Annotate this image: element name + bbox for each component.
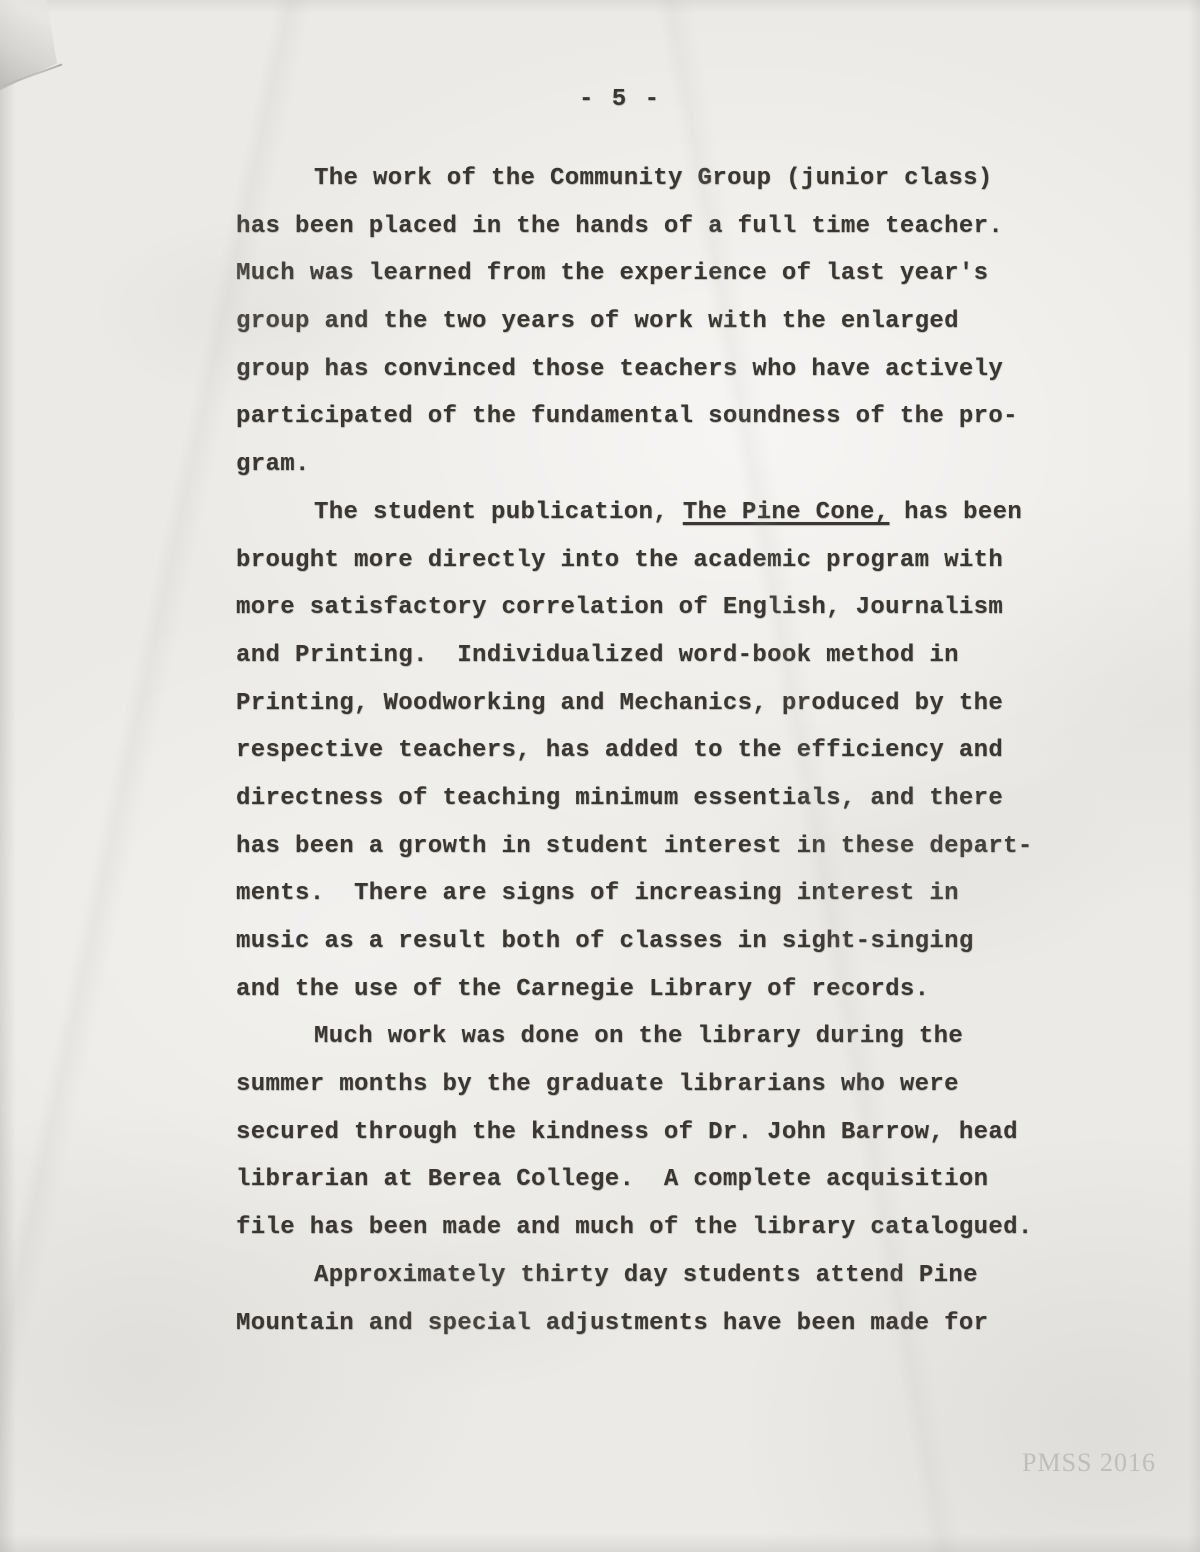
text-line: Mountain and special adjustments have be… (236, 1300, 1056, 1348)
text-line: and the use of the Carnegie Library of r… (236, 966, 1056, 1014)
text-line: gram. (236, 441, 1056, 489)
text-line: Approximately thirty day students attend… (236, 1252, 1056, 1300)
text-line: has been a growth in student interest in… (236, 823, 1056, 871)
text-line: directness of teaching minimum essential… (236, 775, 1056, 823)
pine-cone-title: The Pine Cone, (683, 499, 890, 526)
text-line: secured through the kindness of Dr. John… (236, 1109, 1056, 1157)
text-line: music as a result both of classes in sig… (236, 918, 1056, 966)
text-line: The work of the Community Group (junior … (236, 155, 1056, 203)
text-line: Much work was done on the library during… (236, 1013, 1056, 1061)
text-line: group and the two years of work with the… (236, 298, 1056, 346)
text-line: ments. There are signs of increasing int… (236, 870, 1056, 918)
page-number: - 5 - (0, 86, 1200, 113)
text-line: respective teachers, has added to the ef… (236, 727, 1056, 775)
text-line: summer months by the graduate librarians… (236, 1061, 1056, 1109)
text-line: Much was learned from the experience of … (236, 250, 1056, 298)
text-line: The student publication, The Pine Cone, … (236, 489, 1056, 537)
text-line: Printing, Woodworking and Mechanics, pro… (236, 680, 1056, 728)
text-segment: has been (889, 499, 1022, 526)
text-line: and Printing. Individualized word-book m… (236, 632, 1056, 680)
text-line: librarian at Berea College. A complete a… (236, 1156, 1056, 1204)
text-line: brought more directly into the academic … (236, 537, 1056, 585)
text-line: more satisfactory correlation of English… (236, 584, 1056, 632)
document-page: - 5 - The work of the Community Group (j… (0, 0, 1200, 1552)
text-segment: The student publication, (314, 499, 683, 526)
document-body: The work of the Community Group (junior … (236, 155, 1056, 1347)
text-line: group has convinced those teachers who h… (236, 346, 1056, 394)
text-line: file has been made and much of the libra… (236, 1204, 1056, 1252)
text-line: participated of the fundamental soundnes… (236, 393, 1056, 441)
text-line: has been placed in the hands of a full t… (236, 203, 1056, 251)
watermark: PMSS 2016 (1022, 1448, 1156, 1478)
